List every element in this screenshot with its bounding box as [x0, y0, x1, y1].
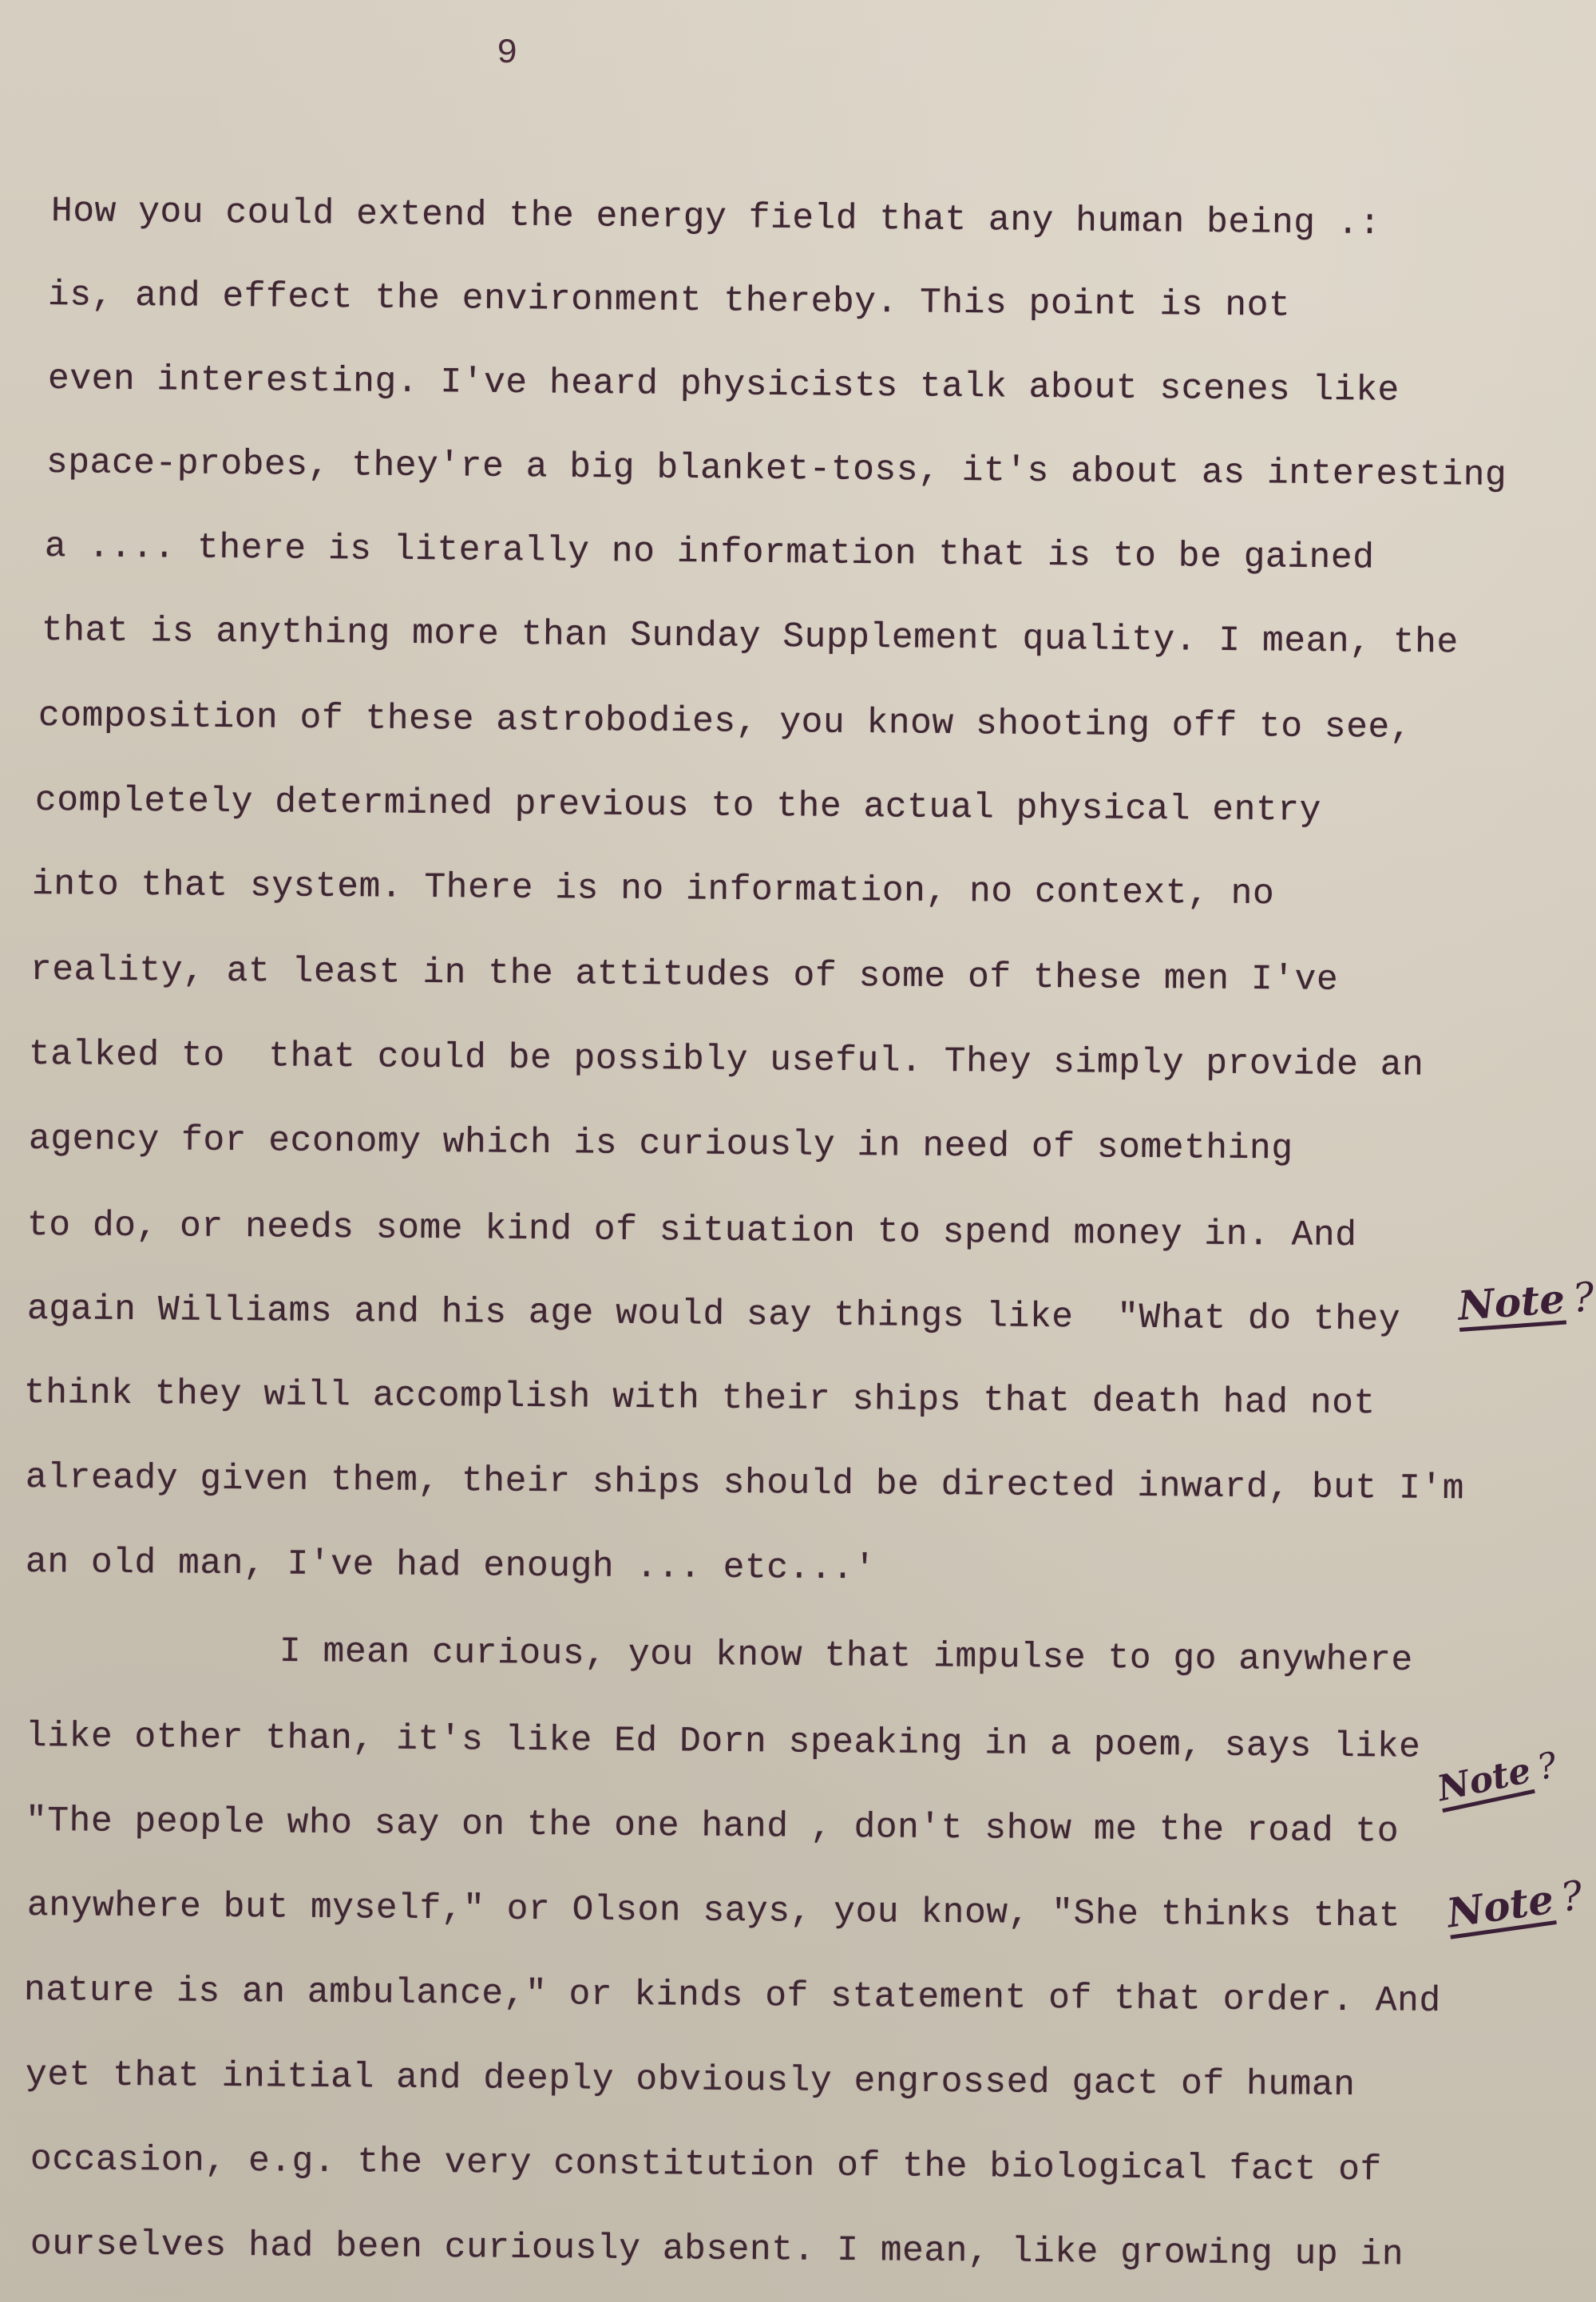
margin-note-text: Note: [1456, 1279, 1566, 1332]
page-number: 9: [497, 34, 517, 73]
margin-note: Note?: [1456, 1273, 1596, 1332]
text-line: an old man, I've had enough ... etc...': [26, 1543, 876, 1589]
question-mark: ?: [1571, 1274, 1596, 1321]
